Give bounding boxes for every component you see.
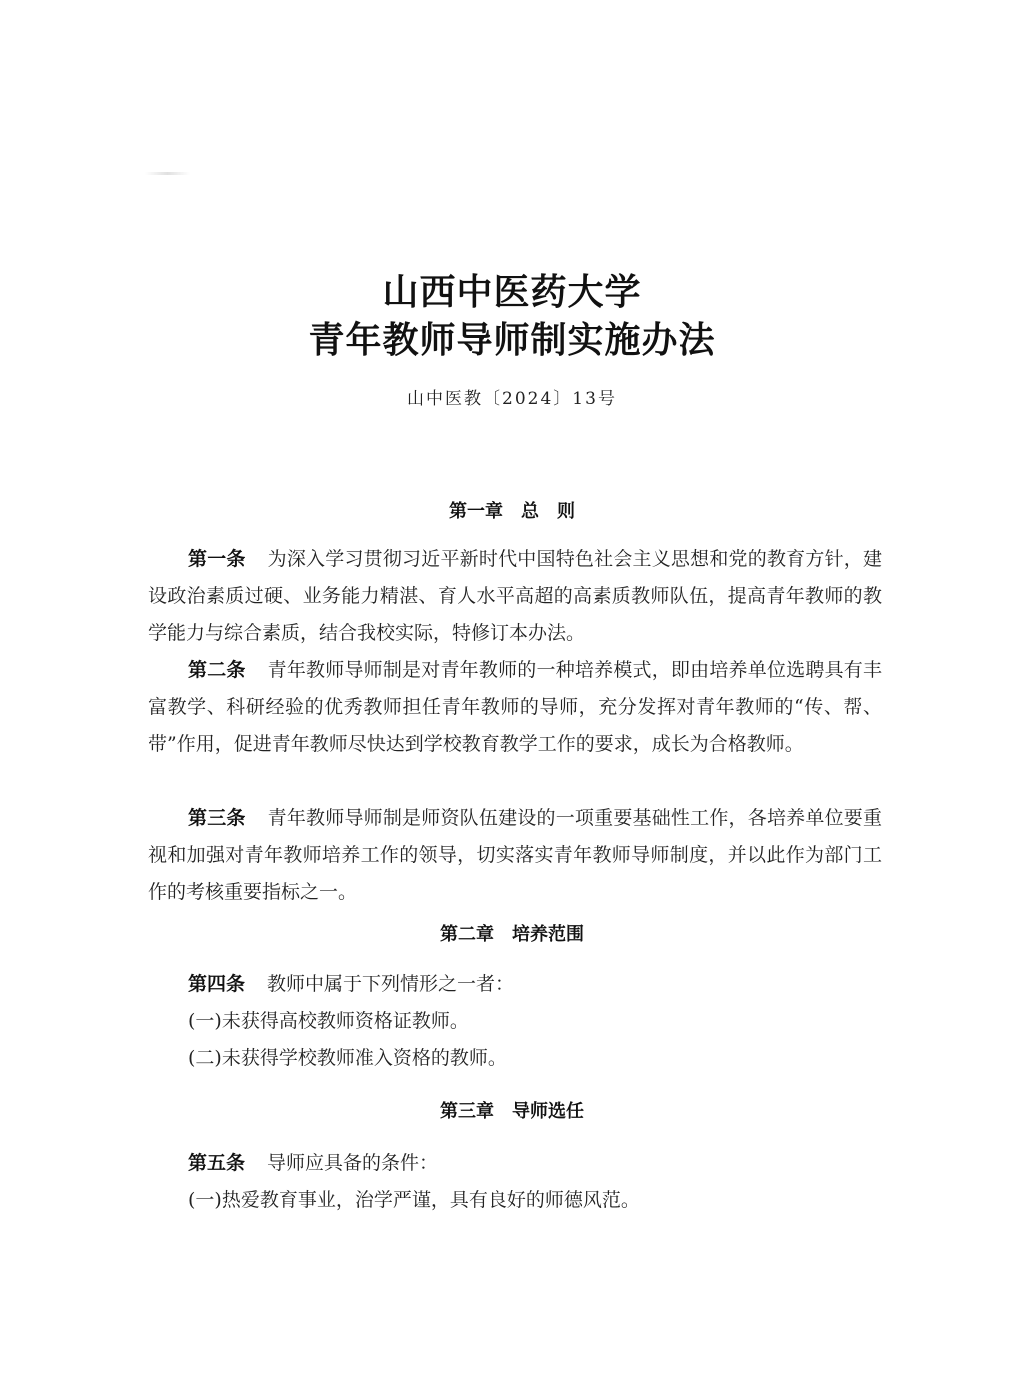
chapter-heading-2: 第二章 培养范围 <box>0 920 1024 946</box>
scan-mark <box>145 172 190 175</box>
article-label: 第五条 <box>188 1152 245 1174</box>
document-page: 山西中医药大学 青年教师导师制实施办法 山中医教〔2024〕13号 第一章 总 … <box>0 0 1024 1379</box>
document-title-line2: 青年教师导师制实施办法 <box>0 312 1024 363</box>
article-4-item-2: (二)未获得学校教师准入资格的教师。 <box>188 1040 507 1077</box>
article-text: 教师中属于下列情形之一者： <box>267 973 514 995</box>
article-label: 第一条 <box>188 548 246 570</box>
article-1: 第一条为深入学习贯彻习近平新时代中国特色社会主义思想和党的教育方针，建设政治素质… <box>148 541 882 652</box>
document-number: 山中医教〔2024〕13号 <box>0 384 1024 409</box>
article-5-item-1: (一)热爱教育事业，治学严谨，具有良好的师德风范。 <box>188 1182 640 1219</box>
article-label: 第四条 <box>188 973 245 995</box>
article-text: 青年教师导师制是师资队伍建设的一项重要基础性工作，各培养单位要重视和加强对青年教… <box>148 807 882 903</box>
article-4-item-1: (一)未获得高校教师资格证教师。 <box>188 1003 469 1040</box>
article-text: 导师应具备的条件： <box>267 1152 438 1174</box>
chapter-heading-3: 第三章 导师选任 <box>0 1097 1024 1123</box>
article-text: 青年教师导师制是对青年教师的一种培养模式，即由培养单位选聘具有丰富教学、科研经验… <box>148 659 882 755</box>
chapter-heading-1: 第一章 总 则 <box>0 497 1024 523</box>
article-label: 第三条 <box>188 807 246 829</box>
document-title-line1: 山西中医药大学 <box>0 264 1024 315</box>
article-4: 第四条教师中属于下列情形之一者： <box>188 966 514 1003</box>
article-5: 第五条导师应具备的条件： <box>188 1145 438 1182</box>
article-3: 第三条青年教师导师制是师资队伍建设的一项重要基础性工作，各培养单位要重视和加强对… <box>148 800 882 911</box>
article-text: 为深入学习贯彻习近平新时代中国特色社会主义思想和党的教育方针，建设政治素质过硬、… <box>148 548 882 644</box>
article-label: 第二条 <box>188 659 246 681</box>
article-2: 第二条青年教师导师制是对青年教师的一种培养模式，即由培养单位选聘具有丰富教学、科… <box>148 652 882 763</box>
